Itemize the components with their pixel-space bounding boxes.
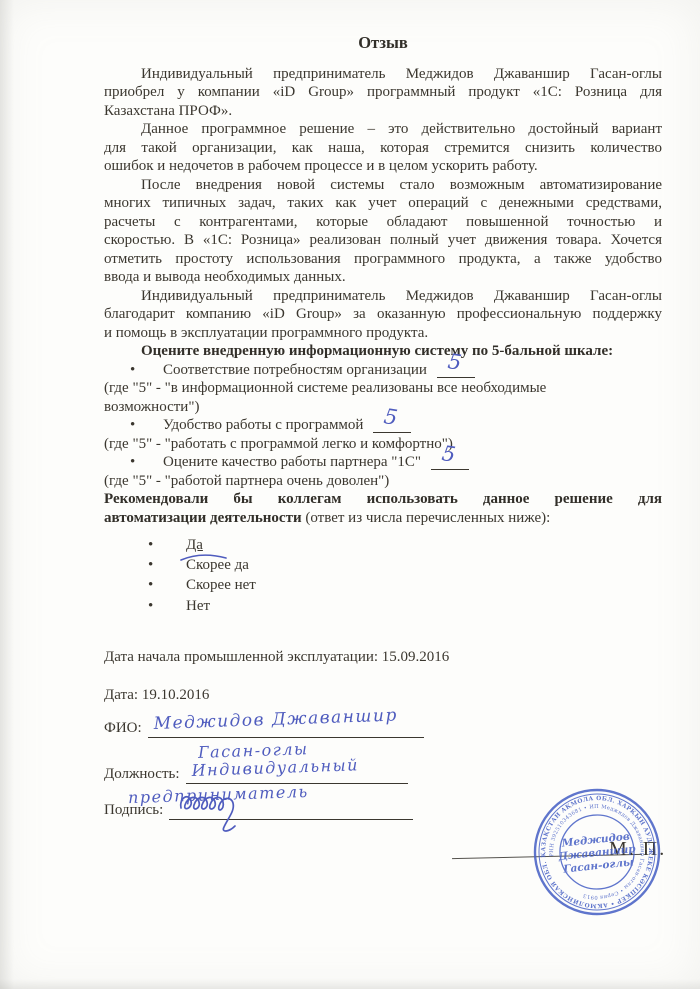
rating-section-heading: Оцените внедренную информационную систем…	[104, 342, 662, 361]
start-date-label: Дата начала промышленной эксплуатации:	[104, 649, 378, 665]
rating-score-handwritten: 5	[447, 352, 463, 372]
paragraph: Индивидуальный предприниматель Меджидов …	[104, 65, 662, 121]
date-value: 19.10.2016	[142, 687, 210, 703]
start-date-value: 15.09.2016	[382, 649, 450, 665]
fio-row: ФИО:Меджидов Джаваншир	[104, 719, 424, 738]
date-label: Дата:	[104, 687, 138, 703]
selected-option-ink-underline	[179, 552, 229, 562]
rating-note-line: возможности")	[104, 398, 662, 417]
paragraph-line: для такой организации, как наша, которая…	[104, 139, 662, 158]
paragraph: После внедрения новой системы стало возм…	[104, 176, 662, 287]
paragraph-line: благодарит компанию «iD Group» за оказан…	[104, 305, 662, 324]
rating-note-line: (где "5" - "работать с программой легко …	[104, 435, 662, 454]
scan-artifact-bottom	[0, 979, 700, 989]
option-label: Нет	[186, 596, 210, 616]
paragraph-line: отметить простоту использования программ…	[104, 250, 662, 269]
recommend-heading-line: Рекомендовали бы коллегам использовать д…	[104, 490, 662, 509]
recommend-heading-rest: (ответ из числа перечисленных ниже):	[302, 510, 551, 526]
rating-score-handwritten: 5	[441, 444, 457, 464]
rating-score-line: 5	[373, 417, 411, 433]
bullet-icon: •	[148, 596, 186, 616]
rating-item: • Соответствие потребностям организации …	[104, 361, 662, 380]
paragraph-line: многих типичных задач, таких как учет оп…	[104, 194, 662, 213]
fio-underline: Меджидов Джаваншир	[148, 722, 424, 738]
recommend-option: • Скорее нет	[104, 575, 662, 595]
position-field-label: Должность:	[104, 766, 180, 782]
signature-field-label: Подпись:	[104, 802, 163, 818]
option-label: Скорее нет	[186, 575, 256, 595]
document-body: Отзыв Индивидуальный предприниматель Мед…	[104, 34, 662, 616]
recommend-option: • Нет	[104, 596, 662, 616]
paragraph-line: приобрел у компании «iD Group» программн…	[104, 83, 662, 102]
rating-label: Оцените качество работы партнера "1С"	[163, 453, 421, 472]
paragraph-line: ошибок и недочетов в рабочем процессе и …	[104, 157, 662, 176]
fio-handwritten-name: Меджидов Джаваншир	[153, 706, 398, 734]
rating-item: • Удобство работы с программой 5	[104, 416, 662, 435]
scan-artifact-left	[0, 0, 14, 989]
rating-score-handwritten: 5	[383, 407, 399, 427]
document-title: Отзыв	[104, 34, 662, 53]
recommend-heading-line: автоматизации деятельности (ответ из чис…	[104, 509, 662, 528]
paragraph-line: скоростью. В «1С: Розница» реализован по…	[104, 231, 662, 250]
rating-label: Соответствие потребностям организации	[163, 361, 427, 380]
rating-label: Удобство работы с программой	[163, 416, 363, 435]
scanned-review-document: Отзыв Индивидуальный предприниматель Мед…	[0, 0, 700, 989]
paragraph: Данное программное решение – это действи…	[104, 120, 662, 176]
rating-score-line: 5	[437, 362, 475, 378]
bullet-icon: •	[130, 416, 163, 435]
fio-field-label: ФИО:	[104, 720, 142, 736]
paragraph-line: и помощь в эксплуатации программного про…	[104, 324, 662, 343]
bullet-icon: •	[130, 453, 163, 472]
paragraph-line: После внедрения новой системы стало возм…	[104, 176, 662, 195]
paragraph-line: расчеты с контрагентами, которые обладаю…	[104, 213, 662, 232]
option-label: Да	[186, 537, 203, 553]
rating-score-line: 5	[431, 454, 469, 470]
paragraph-line: Данное программное решение – это действи…	[104, 120, 662, 139]
paragraph-line: Индивидуальный предприниматель Меджидов …	[104, 287, 662, 306]
recommend-option: • Да	[104, 535, 662, 555]
bullet-icon: •	[148, 575, 186, 595]
paragraph-line: ввода и вывода необходимых данных.	[104, 268, 662, 287]
signature-underline	[169, 804, 413, 820]
paragraph-line: Казахстана ПРОФ».	[104, 102, 662, 121]
paragraph-line: Индивидуальный предприниматель Меджидов …	[104, 65, 662, 84]
rating-note-line: (где "5" - "работой партнера очень довол…	[104, 472, 662, 491]
start-date-row: Дата начала промышленной эксплуатации: 1…	[104, 648, 449, 667]
date-row: Дата: 19.10.2016	[104, 686, 209, 705]
recommend-options-list: • Да • Скорее да • Скорее нет • Нет	[104, 535, 662, 616]
signature-ink	[175, 782, 285, 834]
bullet-icon: •	[130, 361, 163, 380]
option-label-selected: Да	[186, 535, 203, 555]
rating-note-line: (где "5" - "в информационной системе реа…	[104, 379, 662, 398]
rating-item: • Оцените качество работы партнера "1С" …	[104, 453, 662, 472]
signature-row: Подпись:	[104, 801, 413, 820]
recommend-heading-bold: автоматизации деятельности	[104, 510, 302, 526]
paragraph: Индивидуальный предприниматель Меджидов …	[104, 287, 662, 343]
company-stamp: ҚАЗАҚСТАН АҚМОЛА ОБЛ. ХАРҚЫН АУД. ЖЕКЕ К…	[523, 778, 670, 925]
